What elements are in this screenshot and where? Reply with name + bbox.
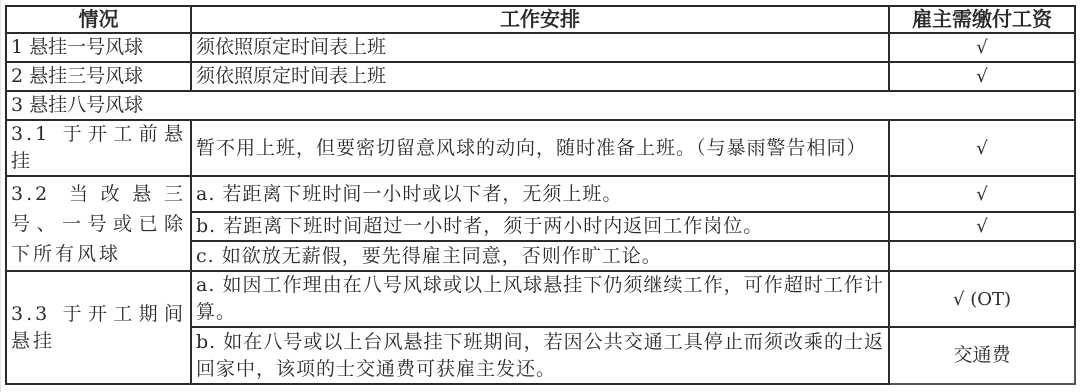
check-mark-icon: √ [889,212,1075,241]
arrangement-cell: 须依照原定时间表上班 [191,62,889,91]
situation-cell: 1 悬挂一号风球 [6,33,191,62]
header-row: 情况 工作安排 雇主需缴付工资 [6,6,1075,33]
table-row: 2 悬挂三号风球 须依照原定时间表上班 √ [6,62,1075,91]
table-row-section-header: 3 悬挂八号风球 [6,91,1075,120]
header-situation: 情况 [6,6,191,33]
arrangement-cell: c. 如欲放无薪假，要先得雇主同意，否则作旷工论。 [191,241,889,271]
check-mark-icon: √ [889,176,1075,212]
check-mark-icon: √ [889,33,1075,62]
situation-cell: 3.2 当改悬三号、一号或已除下所有风球 [6,176,191,271]
arrangement-cell: b. 若距离下班时间超过一小时者，须于两小时内返回工作岗位。 [191,212,889,241]
arrangement-cell: a. 如因工作理由在八号风球或以上风球悬挂下仍须继续工作，可作超时工作计算。 [191,271,889,327]
table-row: 3.1 于开工前悬挂 暂不用上班，但要密切留意风球的动向，随时准备上班。（与暴雨… [6,120,1075,176]
situation-cell: 2 悬挂三号风球 [6,62,191,91]
table-row: 1 悬挂一号风球 须依照原定时间表上班 √ [6,33,1075,62]
arrangement-cell: 须依照原定时间表上班 [191,33,889,62]
arrangement-cell: 暂不用上班，但要密切留意风球的动向，随时准备上班。（与暴雨警告相同） [191,120,889,176]
section-title: 3 悬挂八号风球 [6,91,1075,120]
arrangement-cell: a. 若距离下班时间一小时或以下者，无须上班。 [191,176,889,212]
table-row: 3.2 当改悬三号、一号或已除下所有风球 a. 若距离下班时间一小时或以下者，无… [6,176,1075,212]
check-mark-icon: √ [889,62,1075,91]
employer-pays-cell [889,241,1075,271]
situation-cell: 3.3 于开工期间悬挂 [6,271,191,384]
header-arrangement: 工作安排 [191,6,889,33]
header-employer-pays: 雇主需缴付工资 [889,6,1075,33]
arrangement-cell: b. 如在八号或以上台风悬挂下班期间，若因公共交通工具停止而须改乘的士返回家中，… [191,327,889,384]
table-row: 3.3 于开工期间悬挂 a. 如因工作理由在八号风球或以上风球悬挂下仍须继续工作… [6,271,1075,327]
situation-cell: 3.1 于开工前悬挂 [6,120,191,176]
check-mark-icon: √ [889,120,1075,176]
overtime-check-cell: √ (OT) [889,271,1075,327]
typhoon-work-policy-table: 情况 工作安排 雇主需缴付工资 1 悬挂一号风球 须依照原定时间表上班 √ 2 … [5,5,1076,385]
transport-fee-cell: 交通费 [889,327,1075,384]
